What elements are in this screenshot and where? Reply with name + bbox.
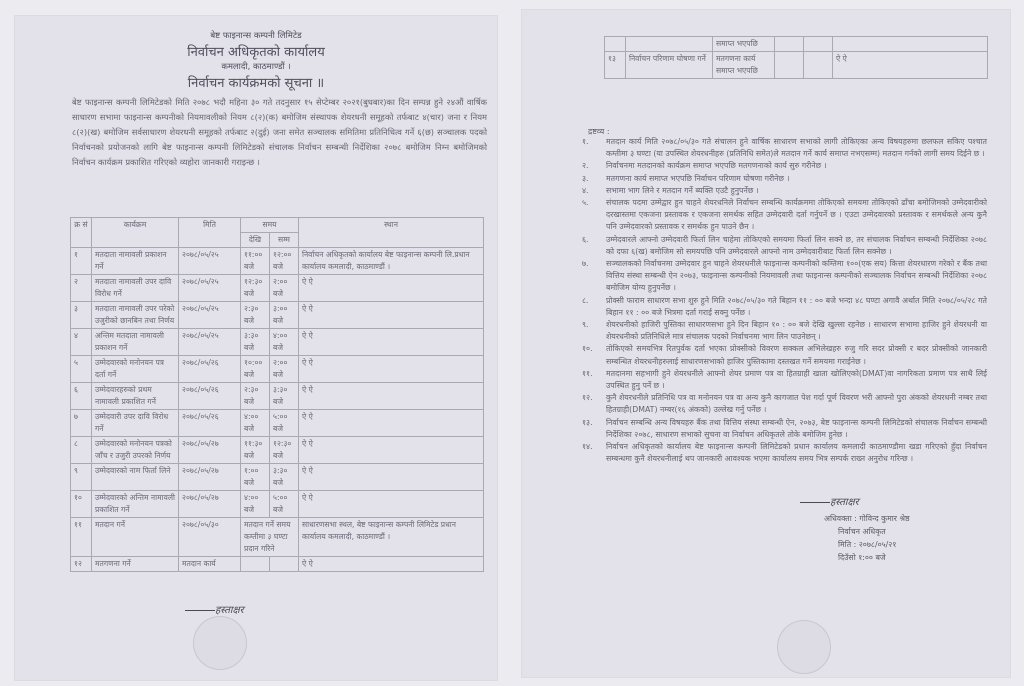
table-row: समाप्त भएपछि (605, 37, 988, 52)
table-row: ८उम्मेदवारको मनोनयन पत्रको जाँच र उजुरी … (71, 437, 484, 464)
note-number: २. (582, 160, 589, 172)
office-title: निर्वाचन अधिकृतको कार्यालय (15, 42, 497, 60)
note-item: १३.निर्वाचन सम्बन्धि अन्य विषयहरु बैंक त… (582, 417, 987, 441)
note-number: ३. (582, 173, 589, 185)
cell-date: मतगणना कार्य समाप्त भएपछि (713, 52, 775, 79)
election-schedule-table-continued: समाप्त भएपछि१३निर्वाचन परिणाम घोषणा गर्न… (604, 36, 988, 79)
cell-to: ५:०० बजे (270, 491, 299, 518)
notes-list: १.मतदान कार्य मिति २०७८/०५/३० गते संचालन… (582, 136, 987, 465)
note-text: संचालक पदमा उम्मेद्वार हुन चाहने शेयरधनि… (606, 198, 987, 231)
note-text: शेयरधनीको हाजिरी पुस्तिका साधारणसभा हुने… (606, 320, 987, 341)
note-item: १४.निर्वाचन अधिकृतको कार्यालय बेष्ट फाइन… (582, 441, 987, 465)
cell-to: १२:३० बजे (270, 437, 299, 464)
notice-title: निर्वाचन कार्यक्रमको सूचना ॥ (15, 73, 497, 91)
table-row: १२मतगणना गर्नेमतदान कार्यऐ ऐ (71, 557, 484, 572)
header-location: स्थान (299, 218, 484, 248)
cell-date: २०७८/०५/२६ (179, 383, 241, 410)
cell-program: अन्तिम मतदाता नामावली प्रकाशन गर्ने (92, 329, 179, 356)
note-number: ७. (582, 258, 589, 270)
cell-date: २०७८/०५/२५ (179, 248, 241, 275)
election-schedule-table: क्र सं कार्यक्रम मिति समय स्थान देखि सम्… (70, 217, 484, 572)
cell-location: ऐ ऐ (833, 52, 988, 79)
cell-sn: ५ (71, 356, 92, 383)
header-time: समय (241, 218, 299, 233)
note-item: १२.कुनै शेयरधनीले प्रतिनिधि पत्र वा मनोन… (582, 392, 987, 416)
table-row: १मतदाता नामावली प्रकाशन गर्ने२०७८/०५/२५१… (71, 248, 484, 275)
note-text: मतदान कार्य मिति २०७८/०५/३० गते संचालन ह… (606, 137, 987, 158)
cell-to: ३:०० बजे (270, 302, 299, 329)
note-item: १०.तोकिएको समयभित्र रितपुर्वक दर्ता भएका… (582, 343, 987, 367)
notice-page-right: समाप्त भएपछि१३निर्वाचन परिणाम घोषणा गर्न… (522, 10, 1010, 677)
cell-program: उम्मेदवारको मनोनयन पत्रको जाँच र उजुरी उ… (92, 437, 179, 464)
note-text: उम्मेदवारले आफ्नो उम्मेदवारी फिर्ता लिन … (606, 235, 987, 256)
cell-to: १२:०० बजे (270, 248, 299, 275)
company-name: बेष्ट फाइनान्स कम्पनी लिमिटेड (15, 30, 497, 41)
cell-location: ऐ ऐ (299, 437, 484, 464)
header-sn: क्र सं (71, 218, 92, 248)
table-row: १३निर्वाचन परिणाम घोषणा गर्नेमतगणना कार्… (605, 52, 988, 79)
note-number: ५. (582, 197, 589, 209)
table-row: ३मतदाता नामावली उपर परेको उजुरीको छानबिन… (71, 302, 484, 329)
note-text: सभामा भाग लिने र मतदान गर्ने ब्यक्ति एउट… (606, 186, 759, 195)
cell-to: ४:०० बजे (270, 329, 299, 356)
cell-from: २:३० बजे (241, 383, 270, 410)
note-number: ८. (582, 295, 589, 307)
cell-program: उम्मेदवारको अन्तिम नामावली प्रकाशित गर्न… (92, 491, 179, 518)
cell-program: मतदाता नामावली उपर परेको उजुरीको छानबिन … (92, 302, 179, 329)
note-number: १३. (582, 417, 593, 429)
cell-location: निर्वाचन अधिकृतको कार्यालय बेष्ट फाइनान्… (299, 248, 484, 275)
cell-date: मतदान कार्य (179, 557, 241, 572)
note-item: २.निर्वाचनमा मतदानको कार्यक्रम समाप्त भए… (582, 160, 987, 172)
cell-from: १:०० बजे (241, 464, 270, 491)
cell-from: ४:०० बजे (241, 410, 270, 437)
cell-location: ऐ ऐ (299, 275, 484, 302)
note-item: ७.सञ्चालकको निर्वाचनमा उम्मेदवार हुन चाह… (582, 258, 987, 295)
cell-program: उम्मेदवारहरुको प्रथम नामावली प्रकाशित गर… (92, 383, 179, 410)
header-date: मिति (179, 218, 241, 248)
header-from: देखि (241, 233, 270, 248)
note-number: ६. (582, 234, 589, 246)
cell-sn: १० (71, 491, 92, 518)
cell-location: ऐ ऐ (299, 557, 484, 572)
cell-sn: २ (71, 275, 92, 302)
note-text: निर्वाचन सम्बन्धि अन्य विषयहरु बैंक तथा … (606, 418, 987, 439)
cell-from: ३:३० बजे (241, 329, 270, 356)
cell-program: निर्वाचन परिणाम घोषणा गर्ने (626, 52, 713, 79)
note-item: ८.प्रोक्सी फाराम साधारण सभा शुरु हुने मि… (582, 295, 987, 319)
cell-sn: १ (71, 248, 92, 275)
note-text: मतगणना कार्य समाप्त भएपछि निर्वाचन परिणा… (606, 174, 789, 183)
cell-location: ऐ ऐ (299, 356, 484, 383)
cell-program: उम्मेदवारको मनोनयन पत्र दर्ता गर्ने (92, 356, 179, 383)
cell-program: उम्मेदवारको नाम फिर्ता लिने (92, 464, 179, 491)
cell-sn: ११ (71, 518, 92, 557)
cell-from: ४:०० बजे (241, 491, 270, 518)
cell-location: ऐ ऐ (299, 302, 484, 329)
cell-date: २०७८/०५/२५ (179, 329, 241, 356)
cell-from (241, 557, 270, 572)
signature: हस्ताक्षर (215, 602, 244, 616)
cell-sn: १३ (605, 52, 626, 79)
cell-from: ११:३० बजे (241, 437, 270, 464)
note-text: कुनै शेयरधनीले प्रतिनिधि पत्र वा मनोनयन … (606, 393, 987, 414)
cell-sn (605, 37, 626, 52)
cell-to: ५:०० बजे (270, 410, 299, 437)
cell-to: २:०० बजे (270, 356, 299, 383)
note-number: १२. (582, 392, 593, 404)
cell-date: २०७८/०५/२७ (179, 437, 241, 464)
note-text: सञ्चालकको निर्वाचनमा उम्मेदवार हुन चाहने… (606, 259, 987, 292)
table-row: २मतदाता नामावली उपर दावि विरोध गर्ने२०७८… (71, 275, 484, 302)
signer-name: अधिवक्ता : गोविन्द कुमार श्रेष्ठ (824, 512, 910, 525)
signature: हस्ताक्षर (830, 494, 859, 508)
note-number: १. (582, 136, 589, 148)
cell-location (833, 37, 988, 52)
cell-sn: ८ (71, 437, 92, 464)
note-text: निर्वाचनमा मतदानको कार्यक्रम समाप्त भएपछ… (606, 161, 827, 170)
cell-from (775, 52, 804, 79)
note-number: ९. (582, 319, 589, 331)
cell-date: २०७८/०५/२६ (179, 410, 241, 437)
table-row: १०उम्मेदवारको अन्तिम नामावली प्रकाशित गर… (71, 491, 484, 518)
table-row: ४अन्तिम मतदाता नामावली प्रकाशन गर्ने२०७८… (71, 329, 484, 356)
cell-sn: ९ (71, 464, 92, 491)
note-number: १४. (582, 441, 593, 453)
signer-date: मिति : २०७८/०५/२१ (824, 538, 910, 551)
cell-location: ऐ ऐ (299, 464, 484, 491)
cell-date: २०७८/०५/२७ (179, 491, 241, 518)
cell-sn: ६ (71, 383, 92, 410)
cell-date: समाप्त भएपछि (713, 37, 775, 52)
note-item: ५.संचालक पदमा उम्मेद्वार हुन चाहने शेयरध… (582, 197, 987, 234)
cell-date: २०७८/०५/२६ (179, 356, 241, 383)
note-text: प्रोक्सी फाराम साधारण सभा शुरु हुने मिति… (606, 296, 987, 317)
cell-from: २:३० बजे (241, 302, 270, 329)
table-row: ७उम्मेदवारी उपर दावि विरोध गर्ने२०७८/०५/… (71, 410, 484, 437)
note-item: १.मतदान कार्य मिति २०७८/०५/३० गते संचालन… (582, 136, 987, 160)
cell-sn: ४ (71, 329, 92, 356)
cell-program: उम्मेदवारी उपर दावि विरोध गर्ने (92, 410, 179, 437)
table-row: ५उम्मेदवारको मनोनयन पत्र दर्ता गर्ने२०७८… (71, 356, 484, 383)
note-text: मतदानमा सहभागी हुने शेयरधनीले आफ्नो शेयर… (606, 369, 987, 390)
note-item: ४.सभामा भाग लिने र मतदान गर्ने ब्यक्ति ए… (582, 185, 987, 197)
cell-from (775, 37, 804, 52)
note-item: ६.उम्मेदवारले आफ्नो उम्मेदवारी फिर्ता लि… (582, 234, 987, 258)
cell-location: ऐ ऐ (299, 491, 484, 518)
cell-date: २०७८/०५/२७ (179, 464, 241, 491)
note-text: तोकिएको समयभित्र रितपुर्वक दर्ता भएका प्… (606, 344, 987, 365)
office-address: कमलादी, काठमाण्डौं । (15, 61, 497, 72)
cell-to (270, 557, 299, 572)
cell-to (804, 52, 833, 79)
signer-time: दिउँसो १:०० बजे (824, 551, 910, 564)
note-number: १०. (582, 343, 593, 355)
cell-from: १०:०० बजे (241, 356, 270, 383)
cell-from: ११:०० बजे (241, 248, 270, 275)
cell-location: साधारणसभा स्थल, बेष्ट फाइनान्स कम्पनी लि… (299, 518, 484, 557)
note-number: ११. (582, 368, 593, 380)
cell-location: ऐ ऐ (299, 329, 484, 356)
cell-to: २:०० बजे (270, 275, 299, 302)
cell-location: ऐ ऐ (299, 410, 484, 437)
cell-program: मतदान गर्ने (92, 518, 179, 557)
notice-page-left: बेष्ट फाइनान्स कम्पनी लिमिटेड निर्वाचन अ… (15, 16, 497, 680)
cell-program: मतदाता नामावली उपर दावि विरोध गर्ने (92, 275, 179, 302)
cell-from: १२:३० बजे (241, 275, 270, 302)
header-to: सम्म (270, 233, 299, 248)
cell-date: २०७८/०५/२५ (179, 302, 241, 329)
table-row: ६उम्मेदवारहरुको प्रथम नामावली प्रकाशित ग… (71, 383, 484, 410)
cell-sn: ७ (71, 410, 92, 437)
cell-sn: १२ (71, 557, 92, 572)
table-row: ११मतदान गर्ने२०७८/०५/३०मतदान गर्ने समय क… (71, 518, 484, 557)
cell-program: मतगणना गर्ने (92, 557, 179, 572)
cell-to: ३:३० बजे (270, 383, 299, 410)
office-stamp (193, 616, 247, 670)
note-item: ३.मतगणना कार्य समाप्त भएपछि निर्वाचन परि… (582, 173, 987, 185)
note-number: ४. (582, 185, 589, 197)
cell-program: मतदाता नामावली प्रकाशन गर्ने (92, 248, 179, 275)
cell-time: मतदान गर्ने समय कम्तीमा ३ घण्टा प्रदान ग… (241, 518, 299, 557)
cell-program (626, 37, 713, 52)
cell-to (804, 37, 833, 52)
header-program: कार्यक्रम (92, 218, 179, 248)
table-row: ९उम्मेदवारको नाम फिर्ता लिने२०७८/०५/२७१:… (71, 464, 484, 491)
cell-location: ऐ ऐ (299, 383, 484, 410)
intro-paragraph: बेष्ट फाइनान्स कम्पनी लिमिटेडको मिति २०७… (72, 95, 487, 170)
cell-to: ३:३० बजे (270, 464, 299, 491)
cell-sn: ३ (71, 302, 92, 329)
office-stamp (777, 620, 831, 674)
signer-role: निर्वाचन अधिकृत (824, 525, 910, 538)
cell-date: २०७८/०५/३० (179, 518, 241, 557)
note-item: ९.शेयरधनीको हाजिरी पुस्तिका साधारणसभा हु… (582, 319, 987, 343)
note-item: ११.मतदानमा सहभागी हुने शेयरधनीले आफ्नो श… (582, 368, 987, 392)
signer-block: अधिवक्ता : गोविन्द कुमार श्रेष्ठ निर्वाच… (824, 512, 910, 564)
cell-date: २०७८/०५/२५ (179, 275, 241, 302)
note-text: निर्वाचन अधिकृतको कार्यालय बेष्ट फाइनान्… (606, 442, 987, 463)
